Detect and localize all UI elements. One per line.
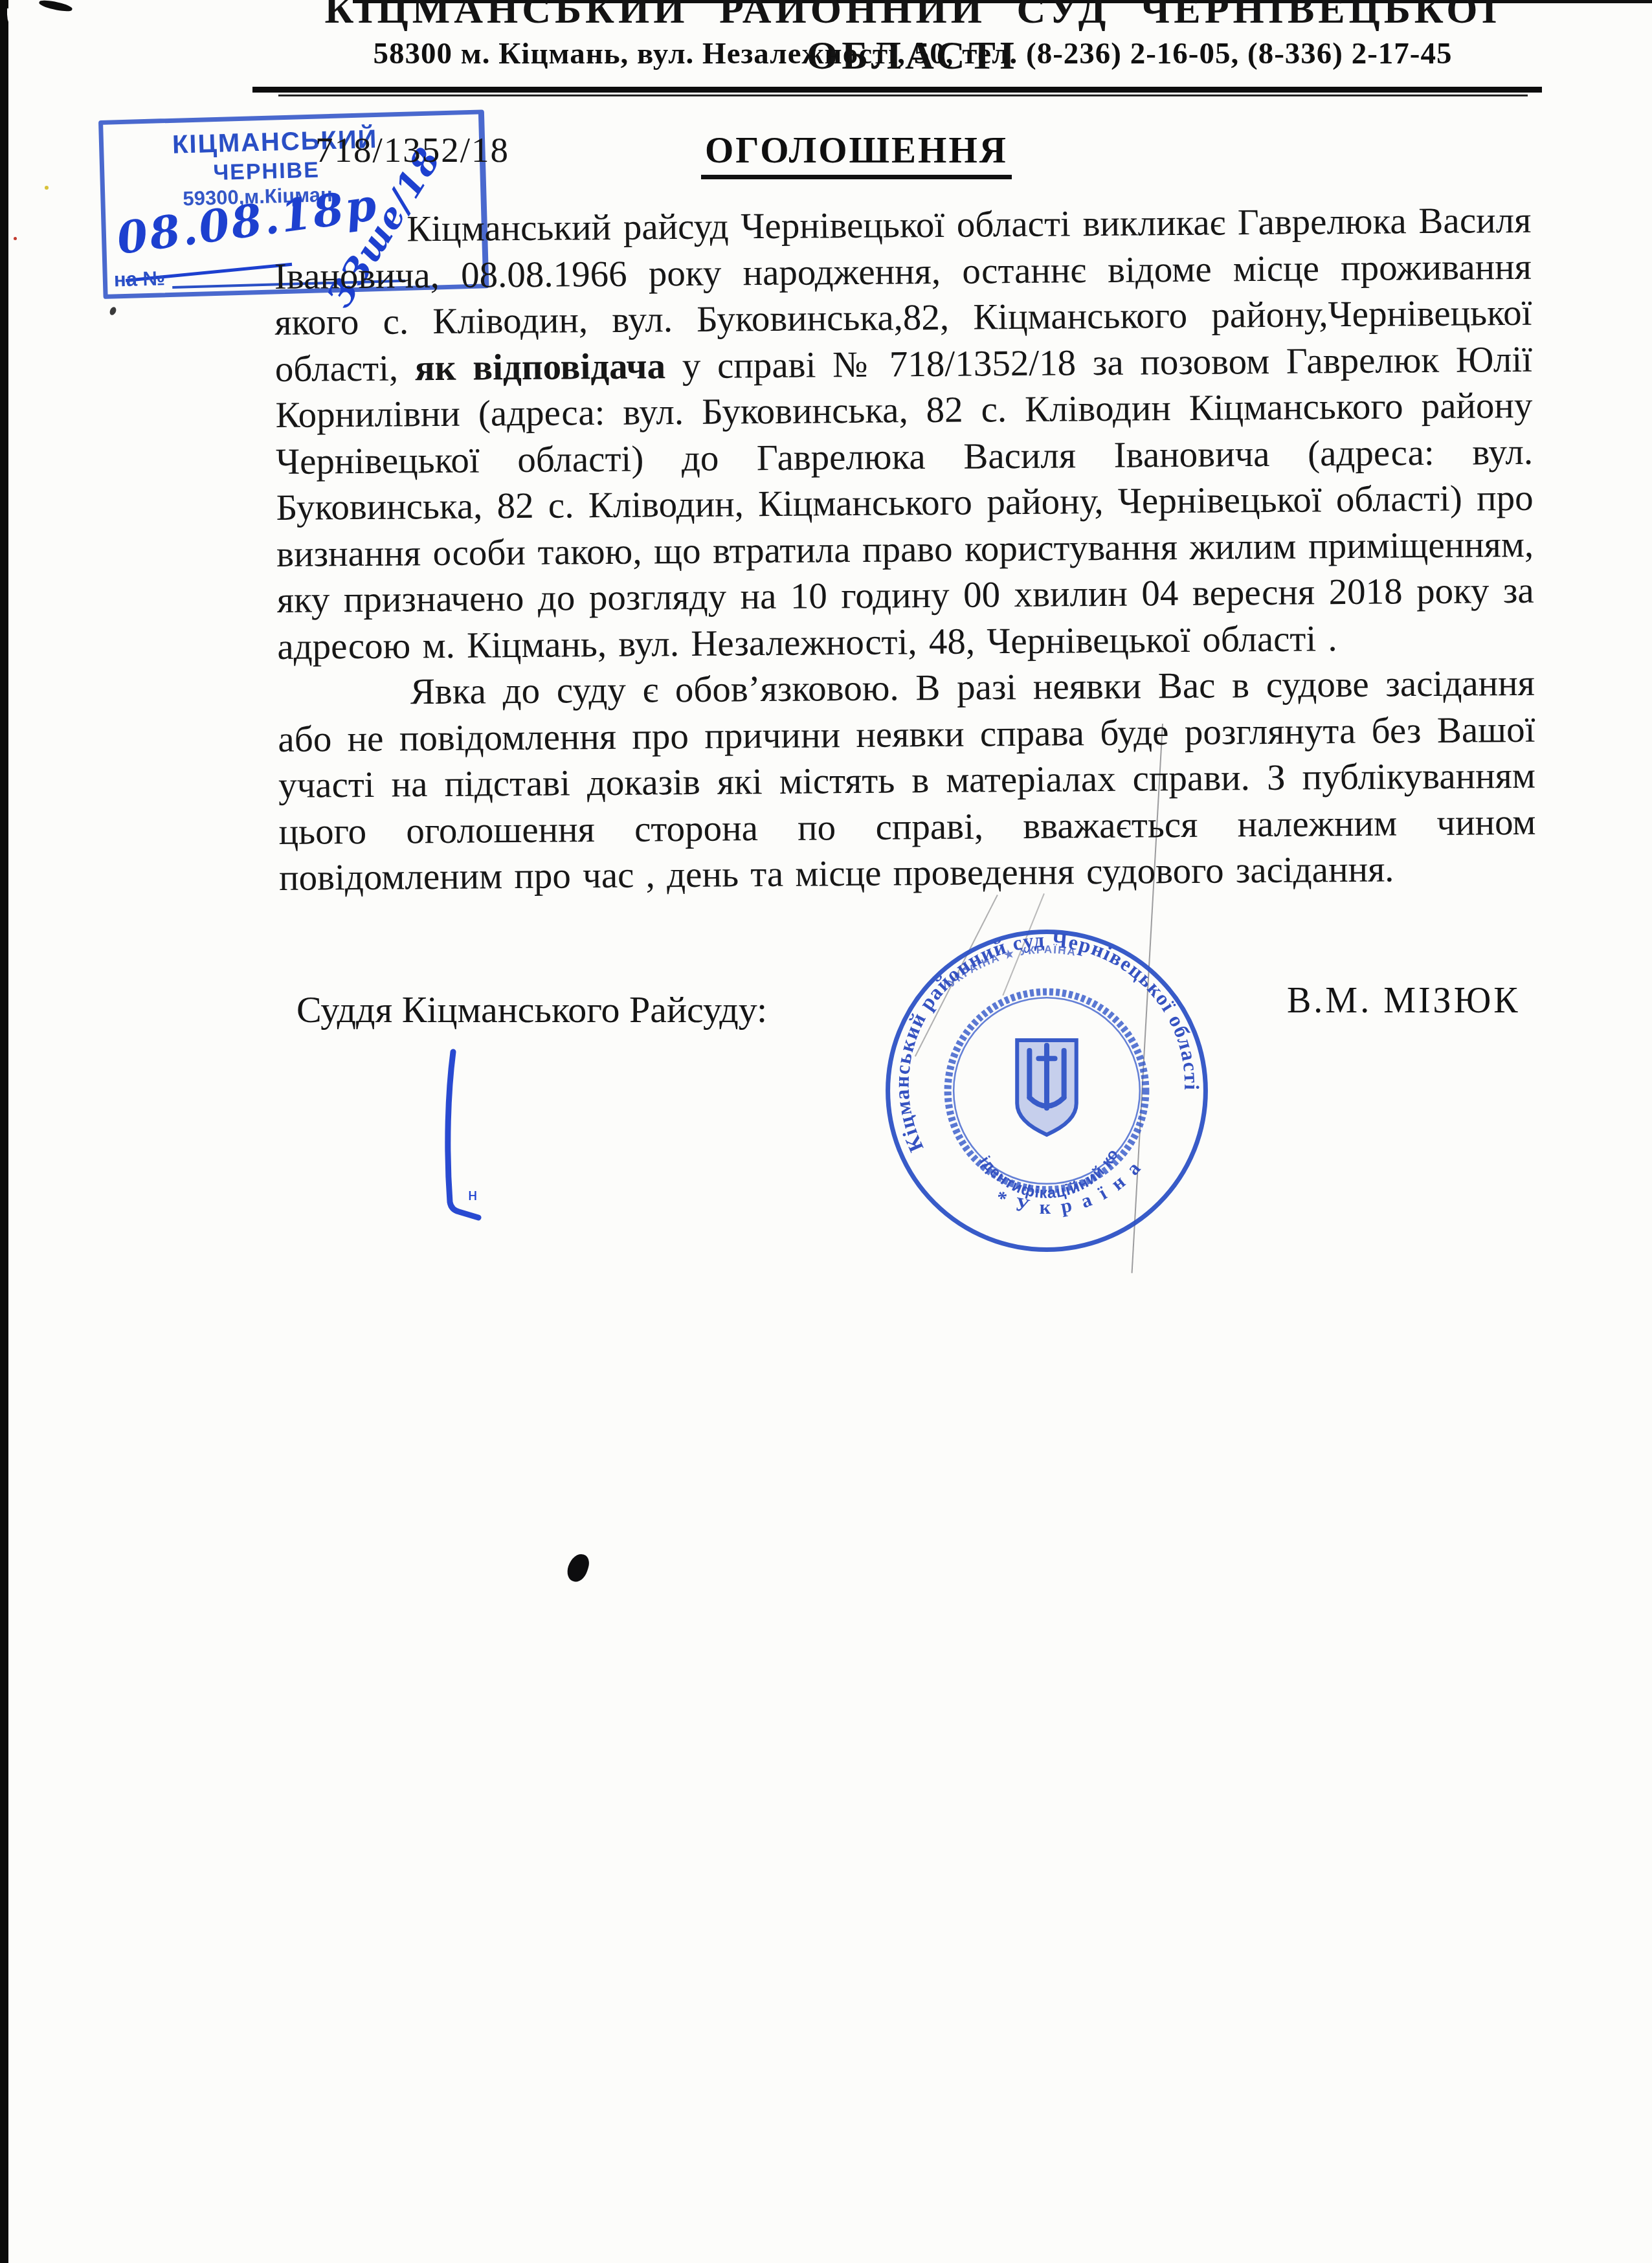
scan-speck: [109, 306, 118, 317]
scanned-court-document: КІЦМАНСЬКИЙ РАЙОННИЙ СУД ЧЕРНІВЕЦЬКОЇ ОБ…: [0, 0, 1652, 2263]
scan-edge-artifact: [0, 0, 8, 2263]
letterhead-address: 58300 м. Кіцмань, вул. Незалежності, 50,…: [272, 36, 1554, 71]
letterhead-rule-thin: [278, 95, 1528, 96]
ink-blot: [564, 1551, 592, 1584]
case-number: 718/1352/18: [315, 129, 509, 170]
judge-name: В.М. МІЗЮК: [1287, 980, 1521, 1021]
judge-signature-label: Суддя Кіцманського Райсуду:: [296, 988, 767, 1031]
pen-stroke: н: [430, 1043, 515, 1238]
letterhead-rule: [252, 87, 1542, 93]
registration-stamp-number-label: на №: [113, 267, 165, 291]
scan-speck-red: [14, 237, 17, 240]
paragraph-warning: Явка до суду є обов’язковою. В разі неяв…: [278, 660, 1537, 902]
court-seal: УКРАЇНА ★ УКРАЇНА Кіцманський районний с…: [879, 923, 1214, 1258]
seal-identification-code-text: ідентифікаційний код 02885646: [879, 923, 1122, 1202]
paragraph-summons: Кіцманський райсуд Чернівецької області …: [274, 197, 1535, 670]
announcement-body: Кіцманський райсуд Чернівецької області …: [274, 197, 1536, 902]
document-title: ОГОЛОШЕННЯ: [701, 129, 1012, 179]
scan-corner-mark: [38, 0, 73, 13]
scan-speck-yellow: [45, 186, 49, 190]
defendant-role-bold: як відповідача: [415, 346, 666, 388]
scan-corner-notch: [7, 8, 41, 39]
registration-stamp-region: ЧЕРНІВЕ: [213, 157, 320, 186]
pen-stroke-letter: н: [468, 1185, 477, 1204]
